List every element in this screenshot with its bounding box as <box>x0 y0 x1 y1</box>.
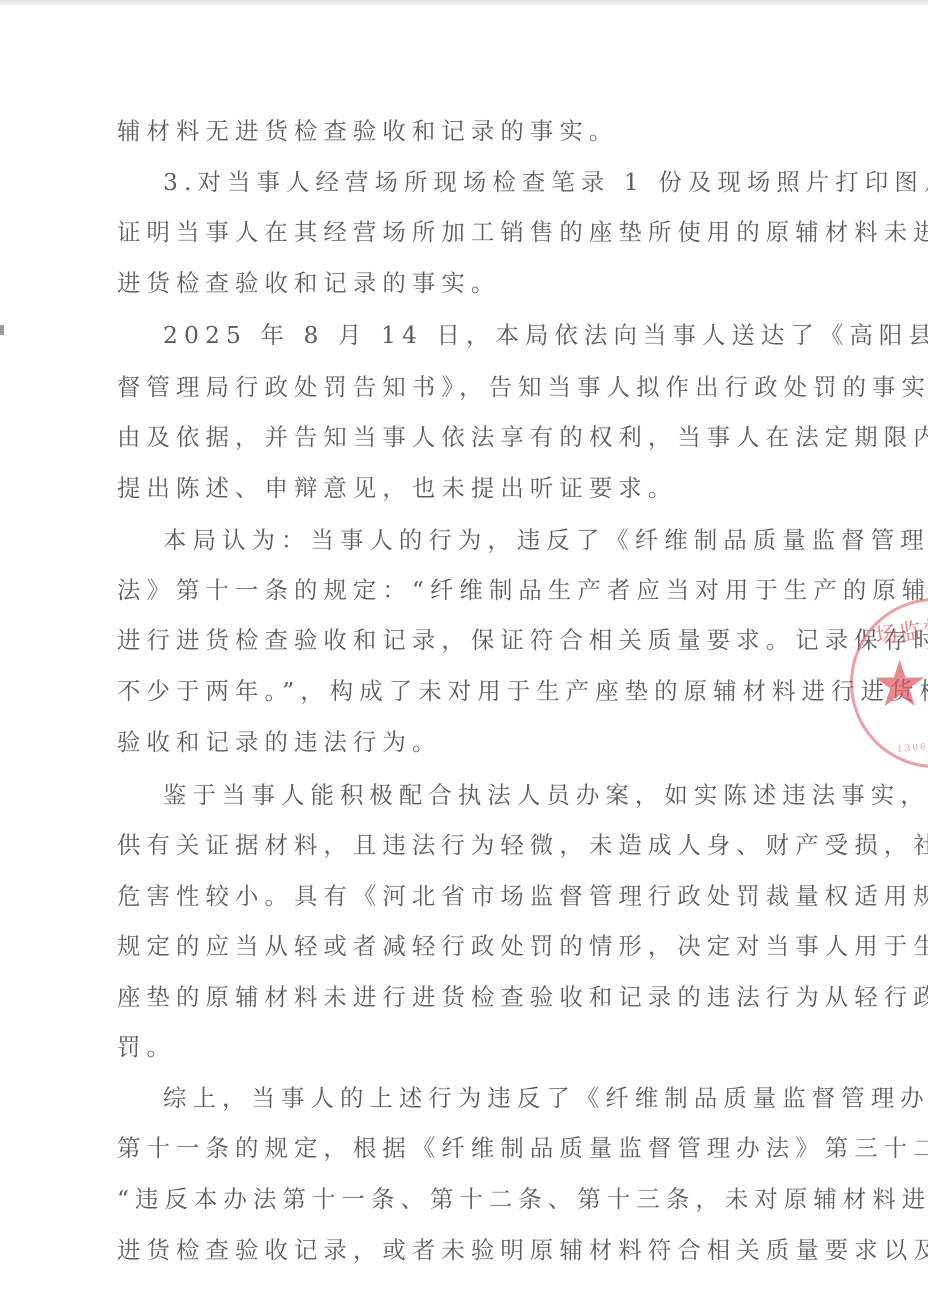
scan-top-edge <box>0 0 928 6</box>
text-line: 不少于两年。”，构成了未对用于生产座垫的原辅材料进行进货检查 <box>117 676 928 706</box>
text-line: 3.对当事人经营场所现场检查笔录 1 份及现场照片打印图片 ， <box>163 167 928 197</box>
text-line: 综上，当事人的上述行为违反了《纤维制品质量监督管理办法》 <box>163 1083 928 1113</box>
text-line: “违反本办法第十一条、第十二条、第十三条，未对原辅材料进行 <box>117 1184 928 1214</box>
seal-text: 场监督 <box>873 610 928 651</box>
document-page: 辅材料无进货检查验收和记录的事实。3.对当事人经营场所现场检查笔录 1 份及现场… <box>0 0 928 1313</box>
text-line: 2025 年 8 月 14 日，本局依法向当事人送达了《高阳县市场监 <box>163 320 928 350</box>
text-line: 第十一条的规定，根据《纤维制品质量监督管理办法》第三十二条， <box>117 1133 928 1163</box>
text-line: 进货检查验收记录，或者未验明原辅材料符合相关质量要求以及包 <box>117 1235 928 1265</box>
text-line: 座垫的原辅材料未进行进货检查验收和记录的违法行为从轻行政处 <box>117 982 928 1012</box>
text-line: 鉴于当事人能积极配合执法人员办案，如实陈述违法事实，提 <box>163 780 928 810</box>
text-line: 提出陈述、申辩意见，也未提出听证要求。 <box>117 473 677 503</box>
text-line: 辅材料无进货检查验收和记录的事实。 <box>117 116 618 146</box>
text-line: 供有关证据材料，且违法行为轻微，未造成人身、财产受损，社会 <box>117 830 928 860</box>
text-line: 督管理局行政处罚告知书》，告知当事人拟作出行政处罚的事实、理 <box>117 372 928 402</box>
text-line: 危害性较小。具有《河北省市场监督管理行政处罚裁量权适用规则》 <box>117 881 928 911</box>
text-line: 法》第十一条的规定：“纤维制品生产者应当对用于生产的原辅材料 <box>117 575 928 605</box>
text-line: 进货检查验收和记录的事实。 <box>117 268 500 298</box>
text-line: 证明当事人在其经营场所加工销售的座垫所使用的原辅材料未进行 <box>117 217 928 247</box>
star-icon: ★ <box>871 653 928 717</box>
margin-mark <box>0 325 4 335</box>
seal-code: 1306… <box>897 741 928 755</box>
text-line: 进行进货检查验收和记录，保证符合相关质量要求。记录保存时限 <box>117 625 928 655</box>
official-seal: 场监督 ★ 1306… <box>850 598 928 768</box>
text-line: 本局认为：当事人的行为，违反了《纤维制品质量监督管理办 <box>163 525 928 555</box>
text-line: 规定的应当从轻或者减轻行政处罚的情形，决定对当事人用于生产 <box>117 931 928 961</box>
text-line: 罚。 <box>117 1032 176 1062</box>
text-line: 验收和记录的违法行为。 <box>117 727 441 757</box>
text-line: 由及依据，并告知当事人依法享有的权利，当事人在法定期限内未 <box>117 422 928 452</box>
